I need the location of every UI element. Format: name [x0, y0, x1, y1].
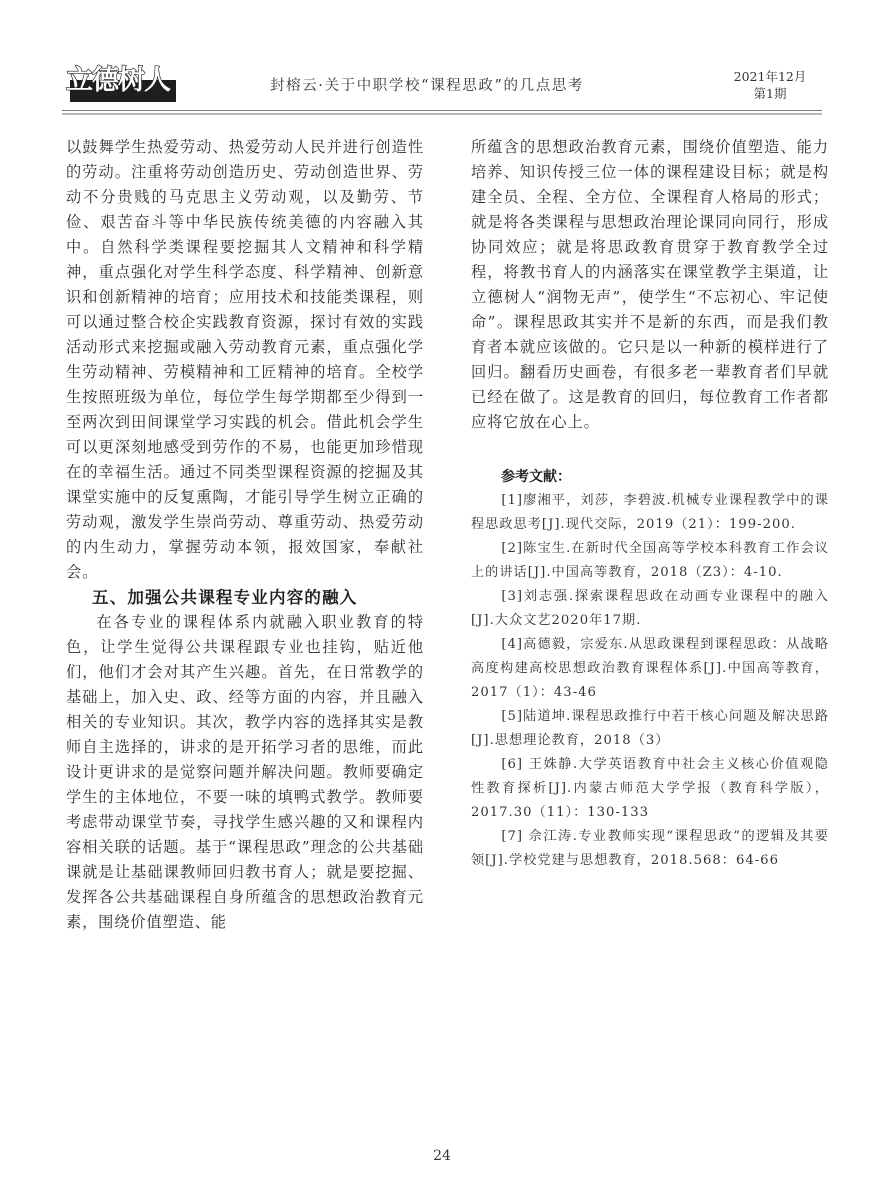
reference-item: [7] 佘江涛.专业教师实现“课程思政”的逻辑及其要领[J].学校党建与思想教育…: [471, 825, 829, 873]
right-column: 所蕴含的思想政治教育元素，围绕价值塑造、能力培养、知识传授三位一体的课程建设目标…: [471, 135, 829, 873]
issue-number: 第1期: [730, 85, 810, 102]
body-paragraph: 所蕴含的思想政治教育元素，围绕价值塑造、能力培养、知识传授三位一体的课程建设目标…: [471, 135, 829, 435]
reference-item: [4]高德毅，宗爱东.从思政课程到课程思政：从战略高度构建高校思想政治教育课程体…: [471, 633, 829, 705]
reference-item: [3]刘志强.探索课程思政在动画专业课程中的融入[J].大众文艺2020年17期…: [471, 585, 829, 633]
issue-date: 2021年12月: [730, 68, 810, 85]
journal-logo: 立德树人: [66, 62, 176, 102]
reference-item: [1]廖湘平，刘莎，李碧波.机械专业课程教学中的课程思政思考[J].现代交际，2…: [471, 489, 829, 537]
body-paragraph: 以鼓舞学生热爱劳动、热爱劳动人民并进行创造性的劳动。注重将劳动创造历史、劳动创造…: [66, 135, 424, 585]
reference-item: [2]陈宝生.在新时代全国高等学校本科教育工作会议上的讲话[J].中国高等教育，…: [471, 537, 829, 585]
page-header: 立德树人 封榕云·关于中职学校“课程思政”的几点思考 2021年12月 第1期: [0, 0, 884, 120]
section-heading: 五、加强公共课程专业内容的融入: [66, 585, 424, 610]
references-heading: 参考文献：: [471, 465, 829, 489]
left-column: 以鼓舞学生热爱劳动、热爱劳动人民并进行创造性的劳动。注重将劳动创造历史、劳动创造…: [66, 135, 424, 935]
body-paragraph: 在各专业的课程体系内就融入职业教育的特色，让学生觉得公共课程跟专业也挂钩，贴近他…: [66, 610, 424, 935]
issue-info: 2021年12月 第1期: [730, 68, 810, 102]
page-number: 24: [0, 1148, 884, 1164]
reference-item: [6] 王姝静.大学英语教育中社会主义核心价值观隐性教育探析[J].内蒙古师范大…: [471, 753, 829, 825]
logo-text: 立德树人: [66, 62, 170, 100]
header-rule-thin: [62, 110, 822, 111]
references-list: [1]廖湘平，刘莎，李碧波.机械专业课程教学中的课程思政思考[J].现代交际，2…: [471, 489, 829, 873]
running-title: 封榕云·关于中职学校“课程思政”的几点思考: [270, 74, 650, 95]
reference-item: [5]陆道坤.课程思政推行中若干核心问题及解决思路[J].思想理论教育，2018…: [471, 705, 829, 753]
header-rule-thick: [62, 113, 822, 115]
